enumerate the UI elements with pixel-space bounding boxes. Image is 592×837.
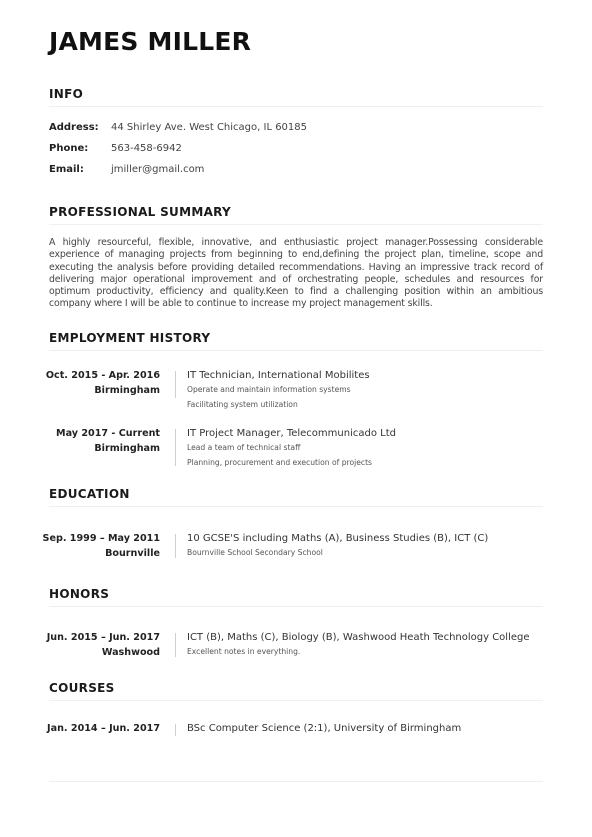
entry-location: Bournville	[43, 547, 160, 562]
entry-detail: Operate and maintain information systems	[187, 383, 370, 398]
entry-date-range: Jan. 2014 – Jun. 2017	[47, 722, 160, 737]
entry-detail: Bournville School Secondary School	[187, 546, 488, 561]
section-title-education: EDUCATION	[49, 487, 130, 501]
divider	[49, 506, 543, 507]
candidate-name: JAMES MILLER	[49, 27, 251, 56]
entry-body: ICT (B), Maths (C), Biology (B), Washwoo…	[187, 631, 530, 660]
entry-dates: Oct. 2015 - Apr. 2016 Birmingham	[46, 369, 160, 398]
section-title-summary: PROFESSIONAL SUMMARY	[49, 205, 231, 219]
entry-title: IT Project Manager, Telecommunicado Ltd	[187, 427, 396, 441]
entry-title: 10 GCSE'S including Maths (A), Business …	[187, 532, 488, 546]
entry-date-range: May 2017 - Current	[56, 427, 160, 442]
entry-location: Birmingham	[46, 384, 160, 399]
entry-location: Birmingham	[56, 442, 160, 457]
entry-title: ICT (B), Maths (C), Biology (B), Washwoo…	[187, 631, 530, 645]
phone-value: 563-458-6942	[111, 142, 182, 156]
vertical-separator	[175, 724, 176, 736]
entry-detail: Facilitating system utilization	[187, 398, 370, 413]
divider	[49, 106, 543, 107]
vertical-separator	[175, 534, 176, 558]
address-label: Address:	[49, 121, 99, 135]
phone-label: Phone:	[49, 142, 88, 156]
section-title-honors: HONORS	[49, 587, 109, 601]
divider	[49, 224, 543, 225]
entry-body: IT Technician, International Mobilites O…	[187, 369, 370, 412]
entry-detail: Excellent notes in everything.	[187, 645, 530, 660]
entry-title: BSc Computer Science (2:1), University o…	[187, 722, 461, 736]
section-title-info: INFO	[49, 87, 83, 101]
vertical-separator	[175, 429, 176, 466]
entry-date-range: Jun. 2015 – Jun. 2017	[47, 631, 160, 646]
email-label: Email:	[49, 163, 84, 177]
section-title-employment: EMPLOYMENT HISTORY	[49, 331, 210, 345]
vertical-separator	[175, 371, 176, 398]
divider	[49, 606, 543, 607]
entry-date-range: Oct. 2015 - Apr. 2016	[46, 369, 160, 384]
entry-detail: Lead a team of technical staff	[187, 441, 396, 456]
address-value: 44 Shirley Ave. West Chicago, IL 60185	[111, 121, 307, 135]
divider	[49, 350, 543, 351]
divider	[49, 700, 543, 701]
entry-detail: Planning, procurement and execution of p…	[187, 456, 396, 471]
entry-dates: Sep. 1999 – May 2011 Bournville	[43, 532, 160, 561]
entry-body: BSc Computer Science (2:1), University o…	[187, 722, 461, 736]
professional-summary-text: A highly resourceful, flexible, innovati…	[49, 237, 543, 311]
email-value: jmiller@gmail.com	[111, 163, 204, 177]
vertical-separator	[175, 633, 176, 657]
entry-dates: Jun. 2015 – Jun. 2017 Washwood	[47, 631, 160, 660]
entry-date-range: Sep. 1999 – May 2011	[43, 532, 160, 547]
section-title-courses: COURSES	[49, 681, 115, 695]
entry-body: 10 GCSE'S including Maths (A), Business …	[187, 532, 488, 561]
entry-title: IT Technician, International Mobilites	[187, 369, 370, 383]
entry-dates: Jan. 2014 – Jun. 2017	[47, 722, 160, 737]
entry-body: IT Project Manager, Telecommunicado Ltd …	[187, 427, 396, 470]
divider	[49, 781, 543, 782]
entry-location: Washwood	[47, 646, 160, 661]
entry-dates: May 2017 - Current Birmingham	[56, 427, 160, 456]
